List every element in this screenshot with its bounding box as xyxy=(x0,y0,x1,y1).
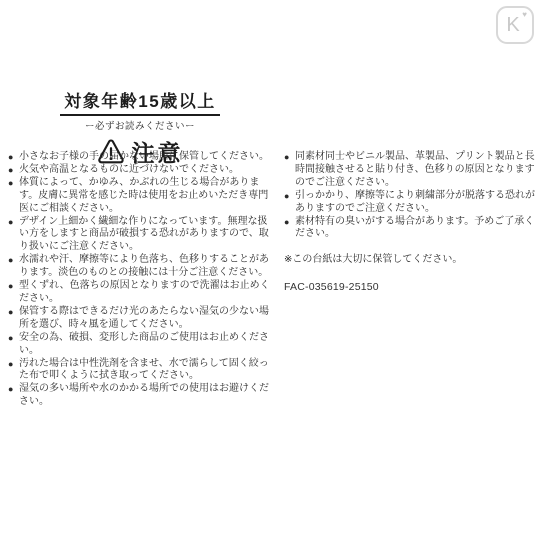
bullet-icon: ● xyxy=(8,151,13,164)
warning-item: ●体質によって、かゆみ、かぶれの生じる場合があります。皮膚に異常を感じた時は使用… xyxy=(8,177,271,216)
bullet-icon: ● xyxy=(284,190,289,203)
brand-logo: K ♥ xyxy=(496,6,534,44)
warning-text: 型くずれ、色落ちの原因となりますので洗濯はお止めください。 xyxy=(19,280,270,304)
warning-item: ●保管する際はできるだけ光のあたらない湿気の少ない場所を選び、時々風を通してくだ… xyxy=(8,306,271,332)
warning-list-left: ●小さなお子様の手の届かない場所に保管してください。 ●火気や高温となるものに近… xyxy=(8,151,271,409)
warning-item: ●湿気の多い場所や水のかかる場所での使用はお避けください。 xyxy=(8,383,271,409)
heart-icon: ♥ xyxy=(522,11,527,19)
warning-text: 汚れた場合は中性洗剤を含ませ、水で濡らして固く絞った布で叩くように拭き取ってくだ… xyxy=(19,358,269,382)
warning-item: ●小さなお子様の手の届かない場所に保管してください。 xyxy=(8,151,271,164)
age-restriction-title: 対象年齢15歳以上 xyxy=(60,87,219,116)
warning-text: 安全の為、破損、変形した商品のご使用はお止めください。 xyxy=(19,332,269,356)
warning-item: ●同素材同士やビニル製品、革製品、プリント製品と長時間接触させると貼り付き、色移… xyxy=(284,151,538,190)
warning-item: ●引っかかり、摩擦等により刺繍部分が脱落する恐れがありますのでご注意ください。 xyxy=(284,190,538,216)
warning-item: ●デザイン上細かく繊細な作りになっています。無理な扱い方をしますと商品が破損する… xyxy=(8,216,271,255)
bullet-icon: ● xyxy=(284,216,289,229)
bullet-icon: ● xyxy=(8,216,13,229)
bullet-icon: ● xyxy=(8,280,13,293)
warning-item: ●汚れた場合は中性洗剤を含ませ、水で濡らして固く絞った布で叩くように拭き取ってく… xyxy=(8,358,271,384)
bullet-icon: ● xyxy=(8,306,13,319)
warning-text: 体質によって、かゆみ、かぶれの生じる場合があります。皮膚に異常を感じた時は使用を… xyxy=(19,177,268,214)
warning-text: 保管する際はできるだけ光のあたらない湿気の少ない場所を選び、時々風を通してくださ… xyxy=(19,306,269,330)
warning-text: 引っかかり、摩擦等により刺繍部分が脱落する恐れがありますのでご注意ください。 xyxy=(295,190,535,214)
warning-text: 水濡れや汗、摩擦等により色落ち、色移りすることがあります。淡色のものとの接触には… xyxy=(19,254,269,278)
warnings-column-right: ●同素材同士やビニル製品、革製品、プリント製品と長時間接触させると貼り付き、色移… xyxy=(284,151,538,294)
read-first-note: ー必ずお読みくださいー xyxy=(30,118,250,132)
bullet-icon: ● xyxy=(8,254,13,267)
warnings-column-left: ●小さなお子様の手の届かない場所に保管してください。 ●火気や高温となるものに近… xyxy=(8,151,271,409)
warning-list-right: ●同素材同士やビニル製品、革製品、プリント製品と長時間接触させると貼り付き、色移… xyxy=(284,151,538,241)
bullet-icon: ● xyxy=(8,177,13,190)
bullet-icon: ● xyxy=(8,332,13,345)
bullet-icon: ● xyxy=(8,164,13,177)
bullet-icon: ● xyxy=(284,151,289,164)
warning-item: ●型くずれ、色落ちの原因となりますので洗濯はお止めください。 xyxy=(8,280,271,306)
warning-text: 同素材同士やビニル製品、革製品、プリント製品と長時間接触させると貼り付き、色移り… xyxy=(295,151,535,188)
product-code: FAC-035619-25150 xyxy=(284,281,538,294)
warning-text: 湿気の多い場所や水のかかる場所での使用はお避けください。 xyxy=(19,383,269,407)
bullet-icon: ● xyxy=(8,383,13,396)
warning-item: ●安全の為、破損、変形した商品のご使用はお止めください。 xyxy=(8,332,271,358)
warning-text: 火気や高温となるものに近づけないでください。 xyxy=(19,164,239,175)
warning-item: ●水濡れや汗、摩擦等により色落ち、色移りすることがあります。淡色のものとの接触に… xyxy=(8,254,271,280)
warning-text: 素材特有の臭いがする場合があります。予めご了承ください。 xyxy=(295,216,534,240)
warning-text: デザイン上細かく繊細な作りになっています。無理な扱い方をしますと商品が破損する恐… xyxy=(19,216,269,253)
keep-card-note: ※この台紙は大切に保管してください。 xyxy=(284,254,538,267)
bullet-icon: ● xyxy=(8,358,13,371)
warning-item: ●火気や高温となるものに近づけないでください。 xyxy=(8,164,271,177)
warning-item: ●素材特有の臭いがする場合があります。予めご了承ください。 xyxy=(284,216,538,242)
warning-text: 小さなお子様の手の届かない場所に保管してください。 xyxy=(19,151,269,162)
